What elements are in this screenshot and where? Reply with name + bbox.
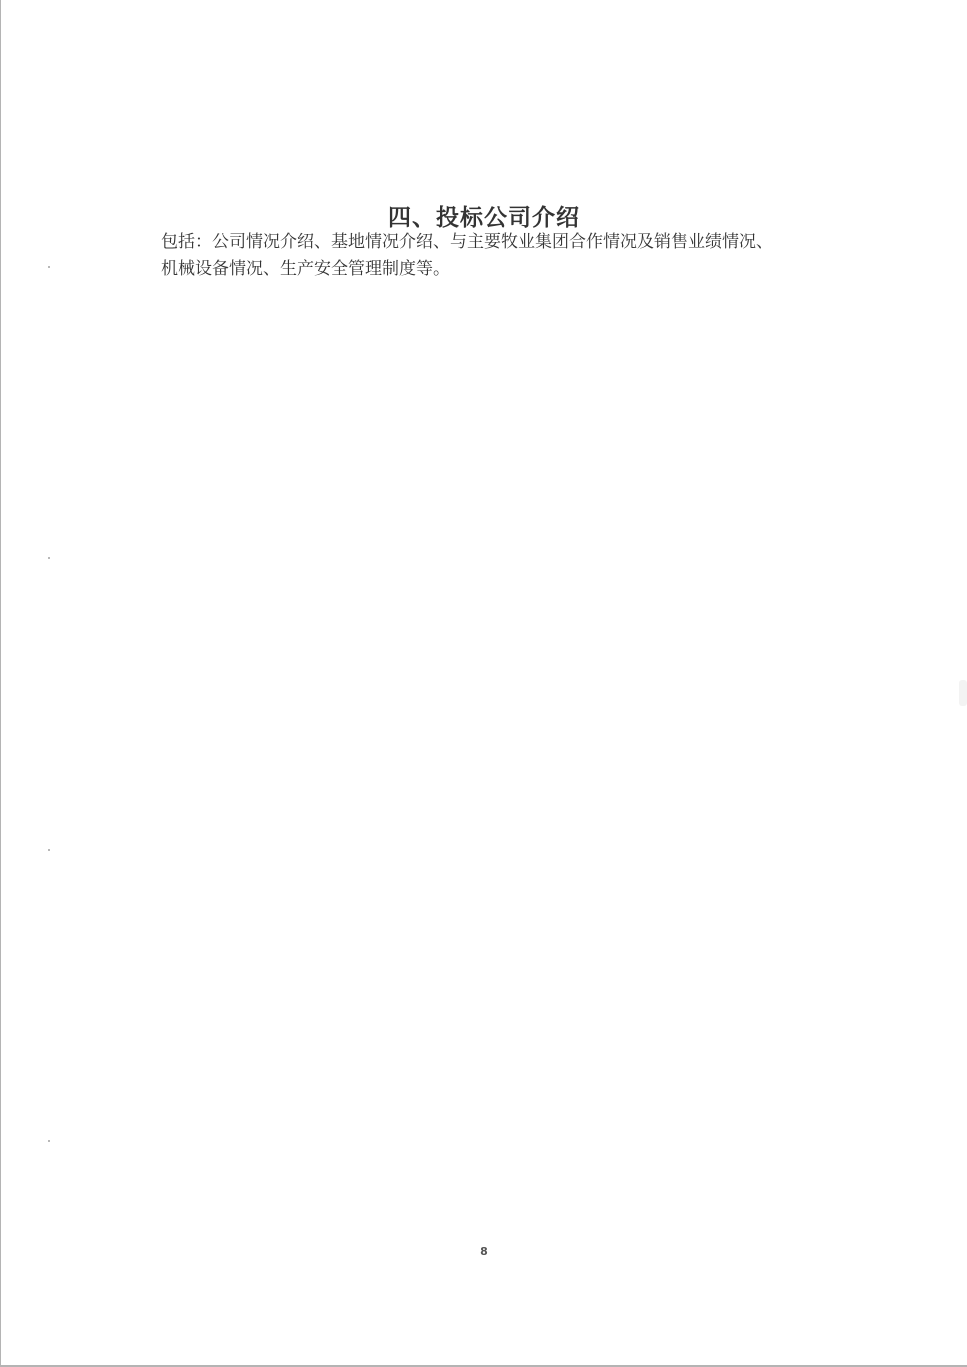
intro-line: 机械设备情况、生产安全管理制度等。 [161,256,851,283]
page-number: 8 [1,1245,967,1258]
binding-mark [48,1140,50,1142]
scan-artifact [959,680,967,706]
binding-mark [48,849,50,851]
section-title: 四、投标公司介绍 [1,199,967,232]
binding-mark [48,557,50,559]
section-intro: 包括：公司情况介绍、基地情况介绍、与主要牧业集团合作情况及销售业绩情况、 机械设… [161,229,851,283]
binding-mark [48,266,50,268]
intro-line: 包括：公司情况介绍、基地情况介绍、与主要牧业集团合作情况及销售业绩情况、 [161,229,851,256]
document-page: 四、投标公司介绍 包括：公司情况介绍、基地情况介绍、与主要牧业集团合作情况及销售… [0,0,967,1367]
